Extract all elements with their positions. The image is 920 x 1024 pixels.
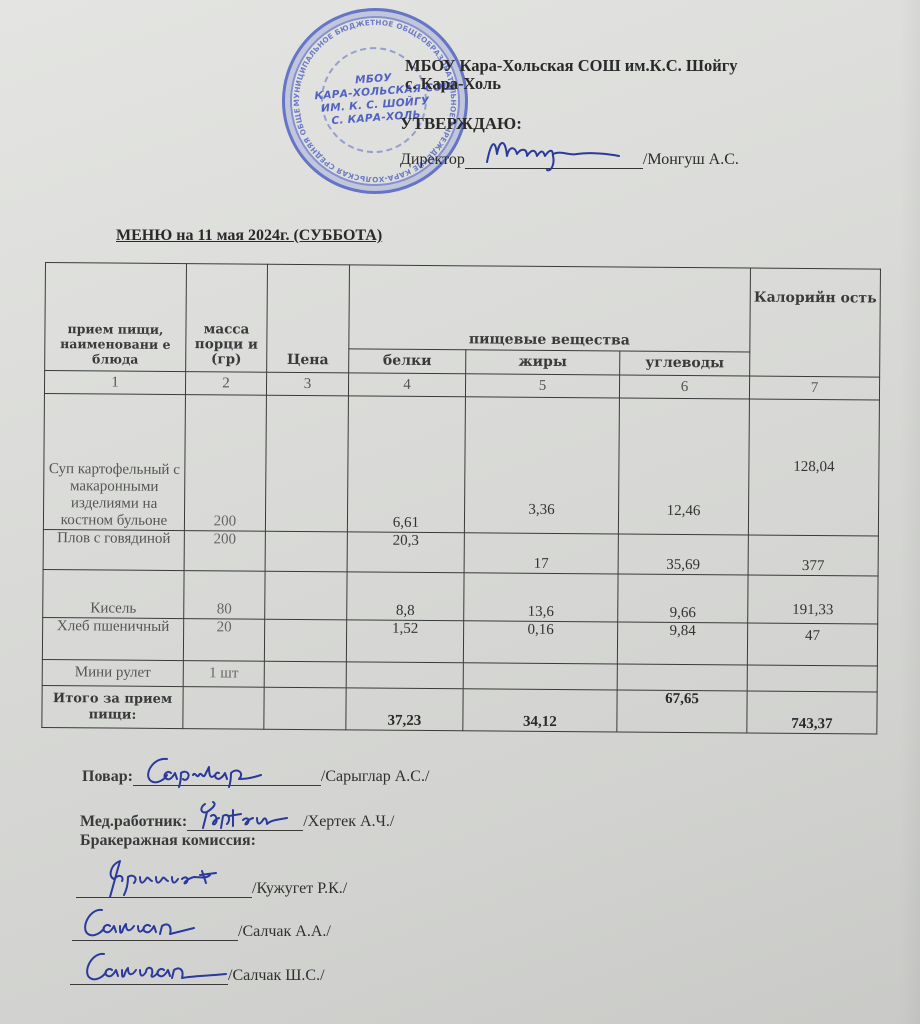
commission-signature bbox=[70, 964, 228, 985]
table-row: Плов с говядиной 200 20,3 17 35,69 377 bbox=[43, 529, 878, 576]
dish-carbs: 35,69 bbox=[618, 534, 748, 575]
total-calories: 743,37 bbox=[747, 691, 877, 734]
dish-name: Кисель bbox=[43, 569, 184, 618]
dish-price bbox=[264, 661, 346, 688]
commission-label: Бракеражная комиссия: bbox=[80, 832, 256, 849]
org-name: МБОУ Кара-Хольская СОШ им.К.С. Шойгу bbox=[405, 56, 737, 76]
dish-protein bbox=[346, 662, 463, 689]
total-price bbox=[264, 687, 346, 730]
table-row: Хлеб пшеничный 20 1,52 0,16 9,84 47 bbox=[42, 617, 877, 666]
header-calories: Калорийн ость bbox=[750, 268, 881, 377]
header-price: Цена bbox=[267, 264, 350, 373]
handwritten-signature-icon bbox=[137, 753, 325, 789]
column-number: 1 bbox=[44, 371, 185, 395]
handwritten-signature-icon bbox=[191, 798, 307, 834]
village-name: с. Кара-Холь bbox=[405, 74, 737, 94]
director-signature bbox=[465, 150, 643, 169]
dish-fat: 3,36 bbox=[464, 397, 619, 534]
cook-signature bbox=[133, 765, 321, 786]
header-protein: белки bbox=[349, 349, 466, 374]
cook-name: /Сарыглар А.С./ bbox=[321, 768, 429, 785]
column-number: 3 bbox=[266, 372, 348, 396]
column-number: 5 bbox=[465, 374, 619, 398]
total-fat: 34,12 bbox=[463, 689, 617, 732]
official-stamp: МУНИЦИПАЛЬНОЕ БЮДЖЕТНОЕ ОБЩЕОБРАЗОВАТЕЛЬ… bbox=[276, 2, 475, 201]
dish-price bbox=[265, 531, 347, 572]
dish-protein: 6,61 bbox=[347, 396, 465, 533]
director-signature-line: Директор /Монгуш А.С. bbox=[400, 150, 739, 169]
total-row: Итого за прием пищи: 37,23 34,12 67,65 7… bbox=[42, 685, 877, 734]
medic-name: /Хертек А.Ч./ bbox=[303, 813, 394, 830]
dish-protein: 1,52 bbox=[346, 620, 463, 663]
menu-table: прием пищи, наименовани е блюда масса по… bbox=[41, 262, 881, 735]
dish-calories: 47 bbox=[747, 623, 877, 666]
cook-label: Повар: bbox=[82, 768, 133, 785]
dish-fat: 13,6 bbox=[464, 573, 618, 622]
medic-signature-line: Мед.работник: /Хертек А.Ч./ bbox=[80, 810, 394, 831]
handwritten-signature-icon bbox=[469, 132, 647, 172]
commission-member-name: /Кужугет Р.К./ bbox=[252, 880, 347, 897]
commission-heading: Бракеражная комиссия: bbox=[80, 832, 256, 850]
medic-label: Мед.работник: bbox=[80, 813, 187, 830]
dish-mass: 200 bbox=[184, 531, 265, 572]
dish-carbs: 12,46 bbox=[618, 398, 749, 535]
dish-carbs: 9,66 bbox=[618, 574, 748, 623]
menu-title: МЕНЮ на 11 мая 2024г. (СУББОТА) bbox=[116, 227, 382, 245]
commission-member-3: /Салчак Ш.С./ bbox=[70, 964, 325, 985]
total-label: Итого за прием пищи: bbox=[42, 685, 183, 728]
cook-signature-line: Повар: /Сарыглар А.С./ bbox=[82, 765, 429, 786]
dish-mass: 20 bbox=[183, 619, 264, 662]
table-row: Кисель 80 8,8 13,6 9,66 191,33 bbox=[43, 569, 878, 624]
dish-carbs bbox=[617, 664, 747, 691]
dish-mass: 200 bbox=[184, 395, 266, 532]
dish-carbs: 9,84 bbox=[617, 622, 747, 665]
organization-header: МБОУ Кара-Хольская СОШ им.К.С. Шойгу с. … bbox=[405, 56, 737, 94]
dish-price bbox=[265, 395, 348, 532]
column-number: 4 bbox=[348, 373, 465, 397]
dish-fat: 0,16 bbox=[463, 621, 617, 664]
dish-name: Плов с говядиной bbox=[43, 529, 184, 570]
column-number: 7 bbox=[749, 376, 879, 400]
commission-member-name: /Салчак А.А./ bbox=[238, 923, 331, 940]
paper-edge-shadow bbox=[900, 0, 920, 1024]
dish-mass: 1 шт bbox=[183, 661, 264, 688]
header-mass: масса порци и (гр) bbox=[186, 264, 268, 373]
medic-signature bbox=[187, 810, 303, 831]
dish-name: Суп картофельный с макаронными изделиями… bbox=[43, 393, 185, 530]
dish-protein: 20,3 bbox=[347, 532, 464, 573]
total-mass bbox=[183, 687, 264, 730]
dish-calories: 377 bbox=[748, 535, 878, 576]
table-row: Суп картофельный с макаронными изделиями… bbox=[43, 393, 879, 536]
dish-fat: 17 bbox=[464, 533, 618, 574]
dish-calories: 128,04 bbox=[748, 399, 879, 536]
commission-member-name: /Салчак Ш.С./ bbox=[228, 967, 325, 984]
dish-name: Мини рулет bbox=[42, 659, 183, 686]
dish-calories bbox=[747, 665, 877, 692]
total-protein: 37,23 bbox=[346, 688, 463, 731]
director-name: /Монгуш А.С. bbox=[643, 151, 739, 168]
dish-calories: 191,33 bbox=[748, 575, 878, 624]
approval-heading: УТВЕРЖДАЮ: bbox=[400, 114, 522, 134]
header-fat: жиры bbox=[466, 350, 620, 375]
commission-member-1: /Кужугет Р.К./ bbox=[76, 877, 347, 898]
commission-signature bbox=[76, 877, 252, 898]
dish-price bbox=[264, 619, 346, 662]
header-dish: прием пищи, наименовани е блюда bbox=[45, 263, 187, 372]
dish-protein: 8,8 bbox=[347, 572, 464, 621]
dish-fat bbox=[463, 663, 617, 690]
director-label: Директор bbox=[400, 151, 465, 168]
total-carbs: 67,65 bbox=[617, 690, 747, 733]
dish-price bbox=[265, 571, 347, 620]
commission-signature bbox=[72, 920, 238, 941]
column-number: 2 bbox=[185, 372, 266, 396]
header-carbs: углеводы bbox=[620, 351, 750, 376]
dish-mass: 80 bbox=[184, 571, 265, 620]
handwritten-signature-icon bbox=[74, 948, 232, 988]
header-nutrients: пищевые вещества bbox=[349, 265, 751, 352]
handwritten-signature-icon bbox=[76, 904, 242, 944]
column-number: 6 bbox=[619, 375, 749, 399]
commission-member-2: /Салчак А.А./ bbox=[72, 920, 331, 941]
handwritten-signature-icon bbox=[80, 857, 256, 901]
dish-name: Хлеб пшеничный bbox=[42, 617, 183, 660]
